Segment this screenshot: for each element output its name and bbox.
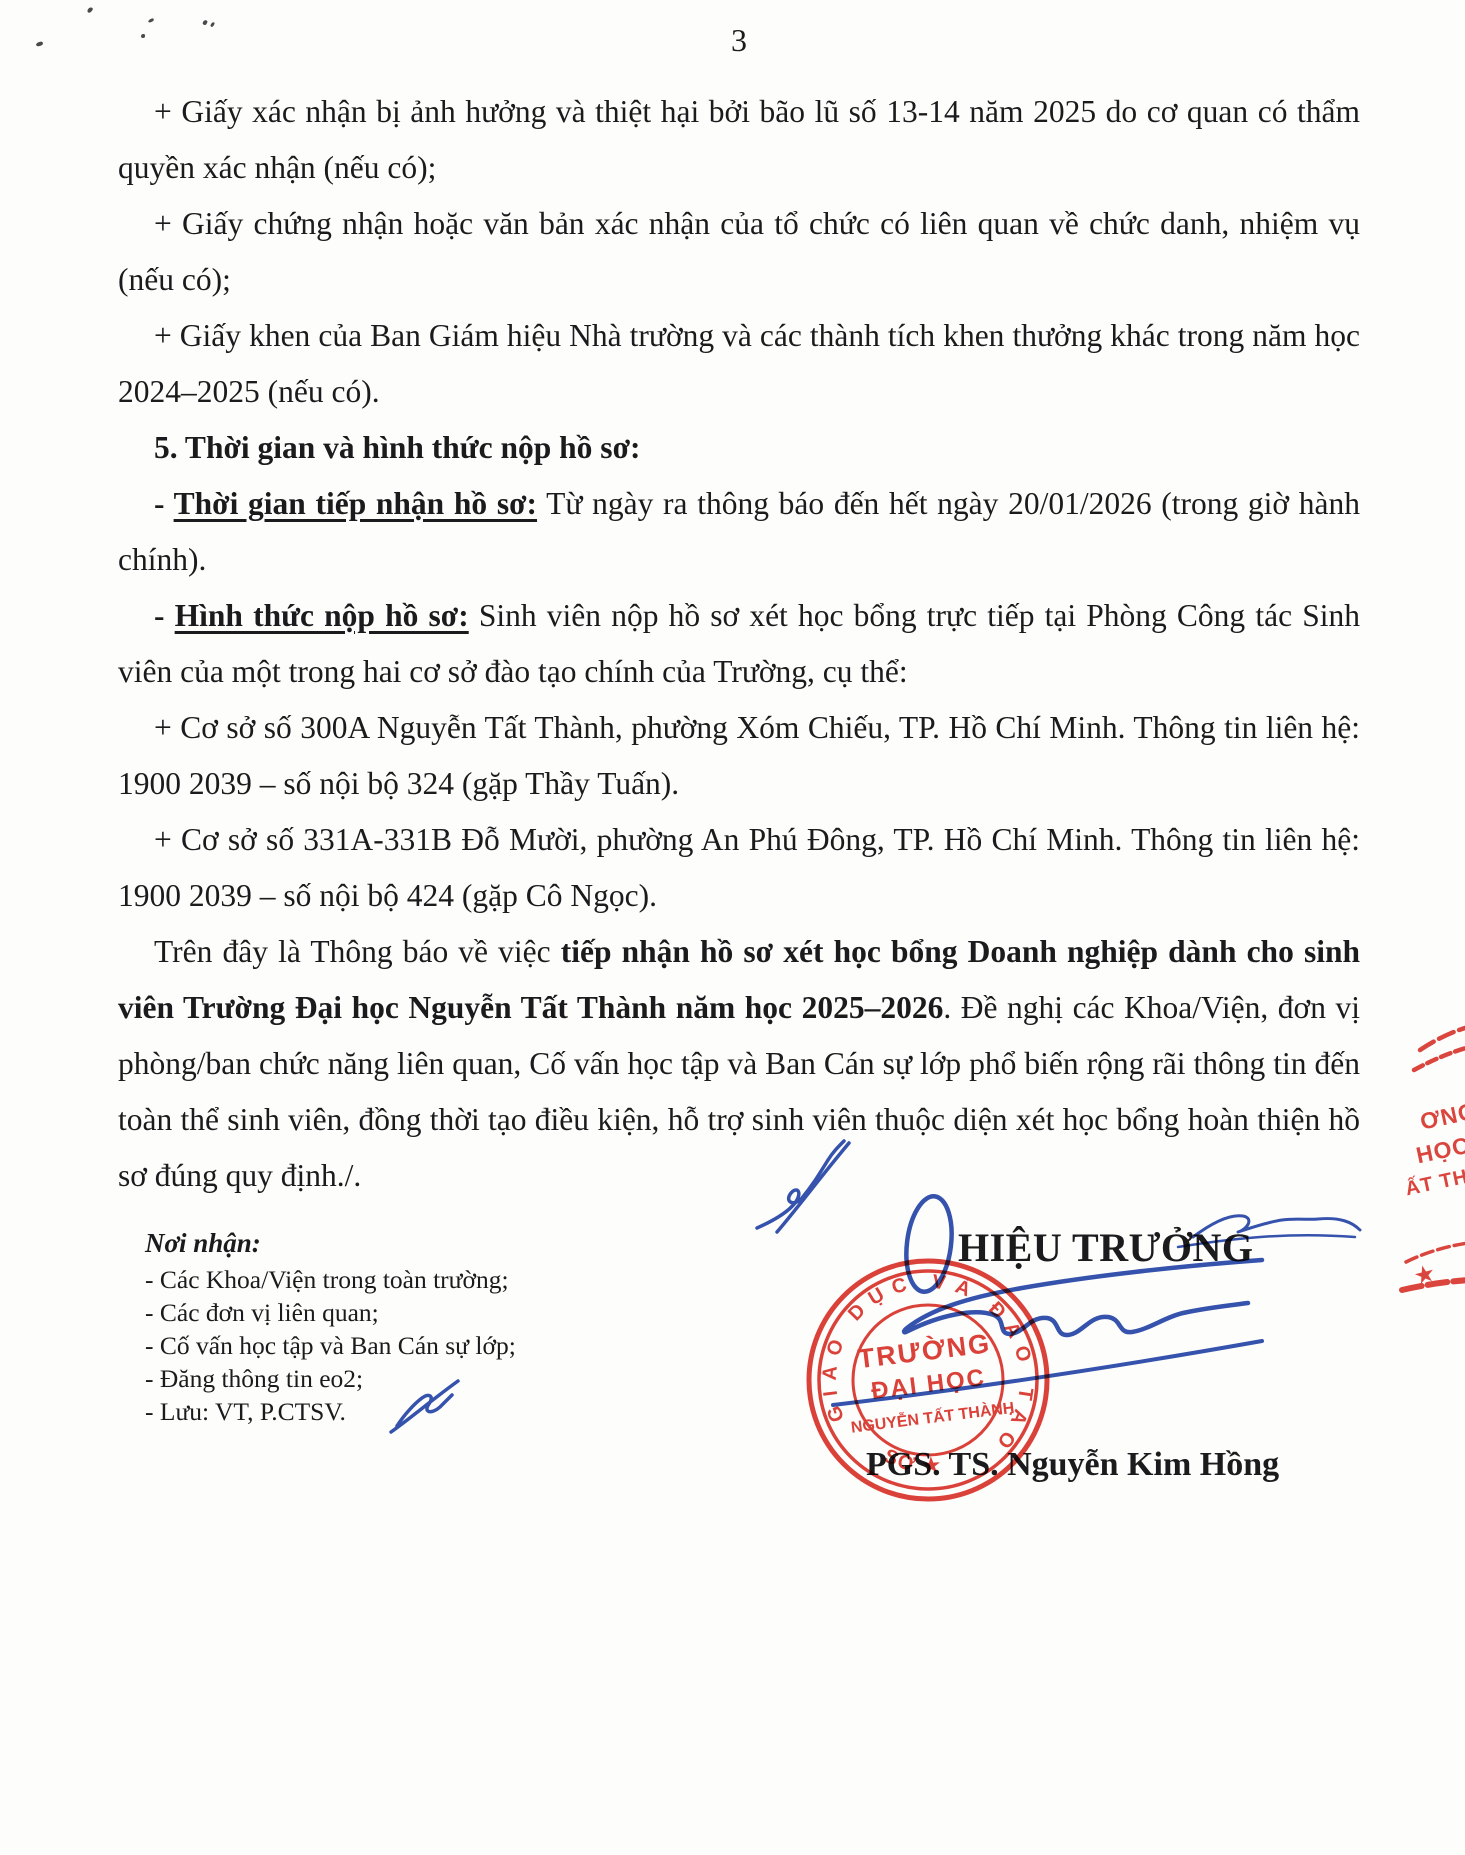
document-body: + Giấy xác nhận bị ảnh hưởng và thiệt hạ… [118,84,1360,1204]
body-text-segment: + Giấy xác nhận bị ảnh hưởng và thiệt hạ… [118,94,1360,185]
recipient-item: - Các Khoa/Viện trong toàn trường; [145,1263,705,1296]
body-text-segment: Hình thức nộp hồ sơ: [175,598,469,633]
svg-text:SỞ ★: SỞ ★ [880,1445,942,1478]
body-paragraph: - Thời gian tiếp nhận hồ sơ: Từ ngày ra … [118,476,1360,588]
body-text-segment: Thời gian tiếp nhận hồ sơ: [174,486,537,521]
scan-artifact [36,41,44,47]
body-paragraph: + Giấy xác nhận bị ảnh hưởng và thiệt hạ… [118,84,1360,196]
signature-oval-loop [901,1194,956,1295]
page-number: 3 [118,22,1360,59]
body-text-segment: + Cơ sở số 331A-331B Đỗ Mười, phường An … [118,822,1360,913]
body-paragraph: 5. Thời gian và hình thức nộp hồ sơ: [118,420,1360,476]
ctsv-paraph-ink [380,1368,480,1440]
body-text-segment: + Cơ sở số 300A Nguyễn Tất Thành, phường… [118,710,1360,801]
body-text-segment: 5. Thời gian và hình thức nộp hồ sơ: [154,430,641,465]
recipient-item: - Các đơn vị liên quan; [145,1296,705,1329]
document-page: 3 + Giấy xác nhận bị ảnh hưởng và thiệt … [0,0,1465,1855]
signature-initials [1193,1216,1360,1237]
principal-signature-ink [740,1130,1400,1420]
recipient-item: - Cố vấn học tập và Ban Cán sự lớp; [145,1329,705,1362]
body-text-segment: + Giấy chứng nhận hoặc văn bản xác nhận … [118,206,1360,297]
body-text-segment: + Giấy khen của Ban Giám hiệu Nhà trường… [118,318,1360,409]
paraph-after-text-2 [777,1143,849,1232]
signature-flourish [904,1260,1262,1335]
body-text-segment: Trên đây là Thông báo về việc [154,934,561,969]
signature-initials-underline [1178,1235,1355,1247]
body-paragraph: + Cơ sở số 300A Nguyễn Tất Thành, phường… [118,700,1360,812]
signature-long-line [833,1341,1262,1405]
body-text-segment: - [154,486,174,521]
scan-artifact [87,6,94,13]
body-paragraph: + Cơ sở số 331A-331B Đỗ Mười, phường An … [118,812,1360,924]
paraph-after-text [757,1141,844,1228]
body-text-segment: - [154,598,175,633]
stamp-ring-bottom-text: SỞ ★ [880,1445,942,1478]
recipients-title: Nơi nhận: [145,1228,705,1259]
body-paragraph: + Giấy chứng nhận hoặc văn bản xác nhận … [118,196,1360,308]
body-paragraph: - Hình thức nộp hồ sơ: Sinh viên nộp hồ … [118,588,1360,700]
body-paragraph: + Giấy khen của Ban Giám hiệu Nhà trường… [118,308,1360,420]
